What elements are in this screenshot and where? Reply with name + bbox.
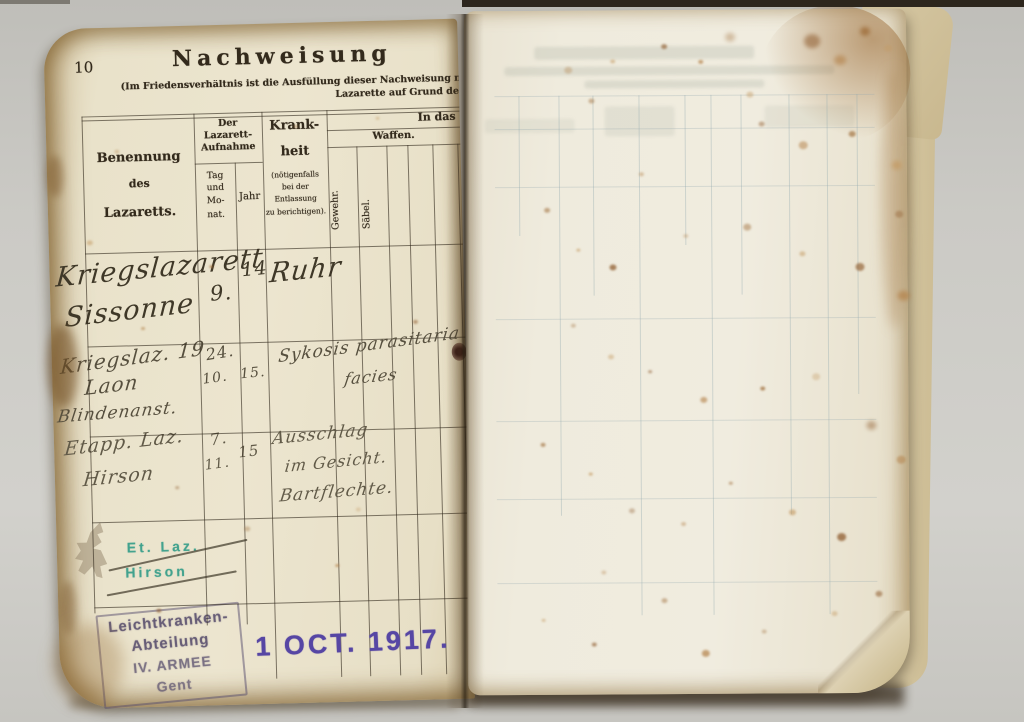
foxing-spot (681, 522, 686, 526)
foxing-spot (860, 27, 870, 36)
entry3-diagnosis-line1: Ausschlag (271, 422, 369, 449)
foxing-spot (837, 533, 846, 541)
foxing-spot (544, 208, 550, 213)
foxing-spot (541, 443, 546, 447)
foxing-spot (895, 211, 903, 218)
entry3-name-line2: Hirson (82, 464, 155, 490)
foxing-spot (592, 643, 597, 647)
foxing-spot (812, 373, 820, 380)
bleedthrough-grid-line (740, 95, 742, 295)
entry1-date: 9. (209, 282, 233, 305)
foxing-spot (564, 67, 572, 74)
foxing-spot (700, 397, 707, 403)
foxing-spot (413, 320, 418, 324)
foxing-spot (746, 92, 753, 98)
foxing-spot (875, 591, 882, 597)
page-subtitle-line2: Lazarette auf Grund de (273, 87, 459, 101)
page-number: 10 (74, 60, 93, 75)
col-tag-line2: und (195, 184, 235, 194)
foxing-spot (789, 509, 796, 515)
edge-stain-1 (47, 324, 79, 409)
bleedthrough-grid-line (710, 95, 714, 615)
col-krankheit-note1: (nötigenfalls (261, 170, 329, 179)
foxing-spot (849, 131, 856, 137)
foxing-spot (725, 33, 735, 42)
bleedthrough-grid-line (497, 581, 877, 584)
foxing-spot (601, 570, 606, 574)
col-benennung-line1: Benennung (82, 150, 194, 166)
entry3-name-line1: Etapp. Laz. (63, 427, 184, 460)
bleedthrough-header-cell2 (485, 119, 575, 134)
table-grid-line (94, 597, 472, 608)
col-aufnahme-line3: Aufnahme (194, 142, 262, 153)
entry2-date-month: 10. (202, 370, 229, 387)
foxing-spot (175, 486, 179, 489)
foxing-spot (87, 240, 93, 245)
bleedthrough-title (534, 46, 754, 60)
foxing-spot (898, 291, 910, 301)
table-grid-line (407, 145, 422, 675)
col-group-waffen: Waffen. (327, 130, 460, 143)
table-grid-line (85, 244, 463, 255)
entry1-name-line2: Sissonne (64, 290, 195, 332)
entry2-name-line3: Blindenanst. (56, 400, 178, 427)
entry2-name-line2: Laon (84, 372, 140, 398)
col-jahr: Jahr (236, 192, 264, 203)
bleedthrough-subtitle2 (584, 80, 764, 89)
page-title: Nachweisung (172, 43, 358, 70)
entry3-diagnosis-line3: Bartflechte. (278, 479, 394, 505)
foxing-spot (608, 354, 614, 359)
bleedthrough-grid-line (558, 96, 562, 516)
col-krankheit-line2: heit (262, 144, 327, 159)
foxing-spot (897, 456, 906, 464)
foxing-spot (866, 421, 876, 430)
foxing-spot (799, 141, 808, 149)
foxing-spot (639, 172, 644, 176)
bleedthrough-grid-line (497, 497, 877, 500)
col-tag-line3: Mo- (196, 197, 236, 207)
foxing-spot (610, 59, 615, 63)
entry2-jahr: 15. (240, 365, 266, 381)
entry3-jahr: 15 (238, 443, 261, 460)
table-grid-line (432, 144, 447, 674)
foxing-spot (743, 224, 751, 231)
foxing-spot (892, 161, 902, 170)
col-benennung-line2: des (83, 177, 195, 191)
right-page (464, 9, 910, 696)
scan-edge-top-left (0, 0, 70, 4)
foxing-spot (729, 482, 733, 485)
foxing-spot (832, 611, 838, 616)
bleedthrough-grid-line (518, 96, 520, 236)
foxing-spot (804, 34, 820, 48)
foxing-spot (356, 507, 361, 511)
foxing-spot (588, 99, 594, 104)
foxing-spot (244, 526, 250, 531)
foxing-spot (141, 327, 145, 330)
bleedthrough-grid-line (496, 419, 876, 422)
bleedthrough-grid-line (592, 96, 594, 296)
left-page: 10 Nachweisung (Im Friedensverhältnis is… (43, 19, 475, 710)
col-krankheit-note4: zu berichtigen). (260, 207, 332, 216)
table-grid-line (92, 513, 470, 524)
table-grid-line (195, 162, 263, 165)
foxing-spot (855, 263, 864, 271)
col-tag-line1: Tag (195, 172, 235, 182)
col-krankheit-note2: bei der (261, 182, 329, 191)
col-tag-line4: nat. (196, 211, 236, 221)
entry2-diagnosis-line1: Sykosis parasitaria (277, 325, 461, 366)
foxing-spot (589, 473, 593, 476)
foxing-spot (760, 387, 765, 391)
scan-edge-top (462, 0, 1024, 7)
col-benennung-line3: Lazaretts. (84, 205, 196, 221)
foxing-spot (799, 251, 805, 256)
foxing-spot (702, 650, 710, 657)
col-gewehr: Gewehr. (330, 167, 356, 230)
foxing-spot (683, 234, 688, 238)
table-grid-line (235, 163, 248, 625)
foxing-spot (542, 619, 546, 622)
edge-stain-2 (46, 155, 63, 197)
entry2-diagnosis-line2: facies (343, 366, 398, 387)
foxing-spot (629, 508, 635, 513)
foxing-spot (884, 45, 892, 52)
foxing-spot (662, 598, 668, 603)
entry2-date-day: 24. (205, 343, 236, 363)
foxing-spot (834, 55, 846, 65)
foxing-spot (661, 44, 667, 49)
table-grid-line (327, 144, 460, 148)
foxing-spot (609, 264, 616, 270)
foxing-spot (648, 370, 652, 373)
col-krankheit-note3: Entlassung (262, 194, 330, 203)
foxing-spot (759, 122, 765, 127)
foxing-spot (698, 60, 703, 64)
bleedthrough-grid-line (684, 95, 686, 245)
bleedthrough-grid-line (826, 94, 830, 614)
col-aufnahme-line2: Lazarett- (194, 130, 262, 141)
col-aufnahme-line1: Der (194, 118, 262, 129)
col-saebel: Säbel. (361, 173, 386, 230)
foxing-spot (576, 249, 580, 252)
book-gutter-shadow (446, 14, 484, 708)
bleedthrough-grid-line (788, 94, 792, 514)
bleedthrough-grid-line (496, 317, 876, 320)
foxing-spot (762, 630, 767, 634)
foxing-spot (571, 324, 576, 328)
scanned-document: 10 Nachweisung (Im Friedensverhältnis is… (0, 0, 1024, 722)
entry3-date-month: 11. (204, 456, 231, 473)
table-grid-line (386, 146, 401, 676)
